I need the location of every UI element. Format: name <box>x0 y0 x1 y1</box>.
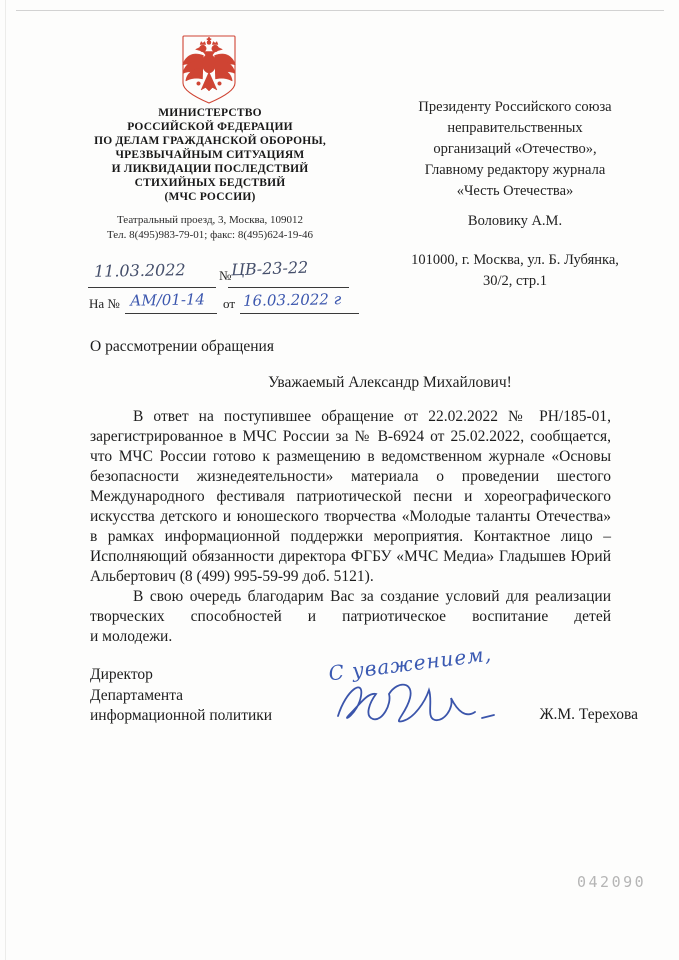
text-line: безопасности жизнедеятельности» материал… <box>90 467 611 487</box>
sender-phone-fax: Тел. 8(495)983-79-01; факс: 8(495)624-19… <box>60 228 360 243</box>
text-line: 101000, г. Москва, ул. Б. Лубянка, <box>368 250 662 271</box>
text-line: Главному редактору журнала <box>368 160 662 181</box>
text-line: и молодежи. <box>90 627 611 647</box>
russian-coat-of-arms-icon <box>176 33 242 107</box>
text-line: в рамках информационной поддержки меропр… <box>90 527 611 547</box>
text-line: Исполняющий обязанности директора ФГБУ «… <box>90 547 611 567</box>
incoming-date-handwritten: 16.03.2022 г <box>243 290 342 310</box>
text-line: 30/2, стр.1 <box>368 271 662 292</box>
text-line: (МЧС РОССИИ) <box>60 190 360 204</box>
number-sign: № <box>219 268 231 284</box>
sender-contacts: Театральный проезд, 3, Москва, 109012 Те… <box>60 213 360 243</box>
text-line: В ответ на поступившее обращение от 22.0… <box>90 407 611 427</box>
text-line: организаций «Отечество», <box>368 139 662 160</box>
subject-line: О рассмотрении обращения <box>90 338 274 356</box>
outgoing-date-underline <box>88 287 216 288</box>
text-line: зарегистрированное в МЧС России за № В-6… <box>90 427 611 447</box>
text-line: МИНИСТЕРСТВО <box>60 106 360 120</box>
signature-scribble <box>330 672 505 739</box>
signer-name: Ж.М. Терехова <box>540 706 638 724</box>
signer-position: ДиректорДепартаментаинформационной полит… <box>90 665 350 727</box>
sender-ministry-name: МИНИСТЕРСТВОРОССИЙСКОЙ ФЕДЕРАЦИИПО ДЕЛАМ… <box>60 106 360 204</box>
text-line: информационной политики <box>90 706 350 727</box>
text-line: В свою очередь благодарим Вас за создани… <box>90 587 611 607</box>
incoming-date-underline <box>240 313 359 314</box>
text-line: что МЧС России готово к размещению в вед… <box>90 447 611 467</box>
incoming-number-underline <box>125 313 217 314</box>
text-line: И ЛИКВИДАЦИИ ПОСЛЕДСТВИЙ <box>60 162 360 176</box>
outgoing-date-handwritten: 11.03.2022 <box>94 260 186 281</box>
incoming-label: На № <box>89 296 120 312</box>
outgoing-number-handwritten: ЦВ-23-22 <box>231 258 309 280</box>
text-line: неправительственных <box>368 118 662 139</box>
scan-artifact-left-edge <box>5 0 6 960</box>
salutation: Уважаемый Александр Михайлович! <box>130 374 650 392</box>
recipient-address: 101000, г. Москва, ул. Б. Лубянка,30/2, … <box>368 250 662 292</box>
scanned-letter-page: МИНИСТЕРСТВОРОССИЙСКОЙ ФЕДЕРАЦИИПО ДЕЛАМ… <box>0 0 679 960</box>
text-line: ПО ДЕЛАМ ГРАЖДАНСКОЙ ОБОРОНЫ, <box>60 134 360 148</box>
text-line: творческих способностей и патриотическое… <box>90 607 611 627</box>
incoming-number-handwritten: АМ/01-14 <box>130 290 205 309</box>
sender-address: Театральный проезд, 3, Москва, 109012 <box>60 213 360 228</box>
text-line: Альбертович (8 (499) 995-59-99 доб. 5121… <box>90 567 611 587</box>
text-line: Международного фестиваля патриотической … <box>90 487 611 507</box>
recipient-title: Президенту Российского союзанеправительс… <box>368 97 662 202</box>
text-line: РОССИЙСКОЙ ФЕДЕРАЦИИ <box>60 120 360 134</box>
text-line: Директор <box>90 665 350 686</box>
text-line: Департамента <box>90 686 350 707</box>
body-paragraph-2: В свою очередь благодарим Вас за создани… <box>90 587 611 647</box>
serial-number: 042090 <box>577 873 646 891</box>
text-line: ЧРЕЗВЫЧАЙНЫМ СИТУАЦИЯМ <box>60 148 360 162</box>
recipient-name: Воловику А.М. <box>368 213 662 230</box>
text-line: «Честь Отечества» <box>368 181 662 202</box>
outgoing-number-underline <box>228 287 349 288</box>
text-line: Президенту Российского союза <box>368 97 662 118</box>
scan-artifact-top-line <box>16 10 664 11</box>
body-paragraph-1: В ответ на поступившее обращение от 22.0… <box>90 407 611 587</box>
text-line: искусства детского и юношеского творчест… <box>90 507 611 527</box>
letter-body: В ответ на поступившее обращение от 22.0… <box>90 407 611 647</box>
text-line: СТИХИЙНЫХ БЕДСТВИЙ <box>60 176 360 190</box>
from-label: от <box>223 296 235 312</box>
